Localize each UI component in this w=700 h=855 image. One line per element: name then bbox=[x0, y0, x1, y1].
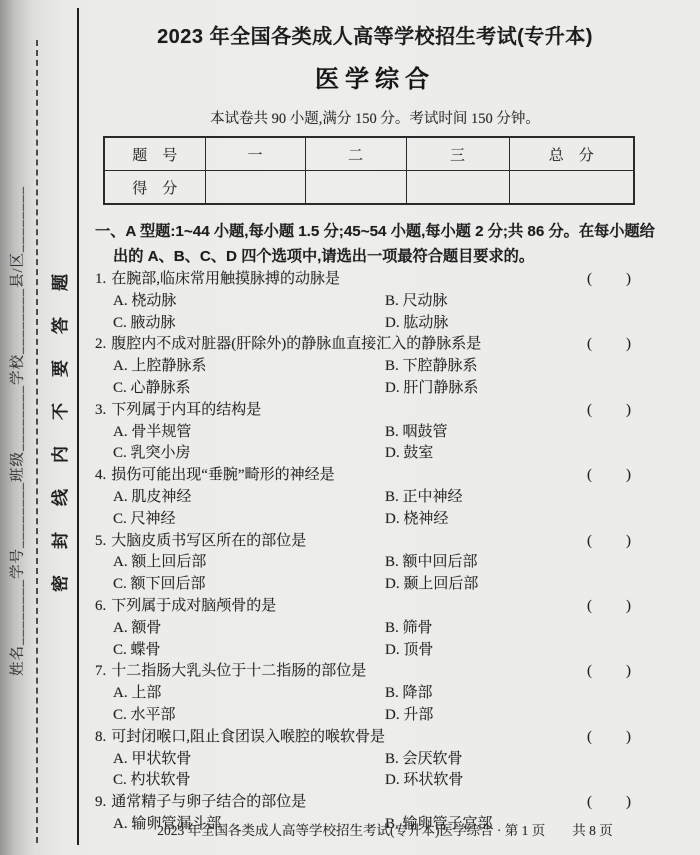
section-a-heading-line1: 一、A 型题:1~44 小题,每小题 1.5 分;45~54 小题,每小题 2 … bbox=[95, 219, 655, 244]
option: C. 杓状软骨 bbox=[113, 770, 385, 792]
option: B. 会厌软骨 bbox=[385, 749, 655, 771]
questions: 1.在腕部,临床常用触摸脉搏的动脉是()A. 桡动脉B. 尺动脉C. 腋动脉D.… bbox=[95, 269, 655, 836]
answer-bracket-open: ( bbox=[587, 792, 592, 814]
question-number: 5. bbox=[95, 533, 106, 549]
option-row: C. 水平部D. 升部 bbox=[95, 705, 655, 727]
answer-bracket-close: ) bbox=[626, 269, 631, 291]
option: B. 降部 bbox=[385, 683, 655, 705]
option-row: C. 心静脉系D. 肝门静脉系 bbox=[95, 378, 655, 400]
option-row: C. 腋动脉D. 肱动脉 bbox=[95, 313, 655, 335]
question-number: 8. bbox=[95, 729, 106, 745]
score-header-cell: 三 bbox=[406, 137, 509, 171]
question-text: 下列属于内耳的结构是 bbox=[111, 402, 261, 418]
option: D. 鼓室 bbox=[385, 443, 655, 465]
question-text: 可封闭喉口,阻止食团误入喉腔的喉软骨是 bbox=[111, 729, 385, 745]
option-row: C. 额下回后部D. 颞上回后部 bbox=[95, 574, 655, 596]
option: C. 水平部 bbox=[113, 705, 385, 727]
score-cell bbox=[406, 171, 509, 205]
option: A. 额上回后部 bbox=[113, 552, 385, 574]
seal-phrase-text: 密封线内不要答题 bbox=[51, 248, 70, 592]
question-number: 4. bbox=[95, 467, 106, 483]
option-row: C. 尺神经D. 桡神经 bbox=[95, 509, 655, 531]
option: D. 肱动脉 bbox=[385, 313, 655, 335]
subject-title: 医学综合 bbox=[95, 59, 655, 94]
question-line: 9.通常精子与卵子结合的部位是() bbox=[95, 792, 655, 814]
question-text: 在腕部,临床常用触摸脉搏的动脉是 bbox=[111, 271, 340, 287]
question-text: 十二指肠大乳头位于十二指肠的部位是 bbox=[111, 663, 366, 679]
answer-bracket-open: ( bbox=[587, 334, 592, 356]
answer-bracket-close: ) bbox=[626, 596, 631, 618]
page-footer: 2023 年全国各类成人高等学校招生考试(专升本)医学综合 · 第 1 页 共 … bbox=[70, 819, 700, 839]
section-a-heading-line2: 出的 A、B、C、D 四个选项中,请选出一项最符合题目要求的。 bbox=[95, 244, 655, 269]
option: A. 上部 bbox=[113, 683, 385, 705]
option: C. 蝶骨 bbox=[113, 640, 385, 662]
option: A. 桡动脉 bbox=[113, 291, 385, 313]
option-row: C. 乳突小房D. 鼓室 bbox=[95, 443, 655, 465]
option-row: A. 肌皮神经B. 正中神经 bbox=[95, 487, 655, 509]
seal-fields-text: 姓名________学号________班级________学校________… bbox=[10, 186, 26, 676]
exam-paper-page: 姓名________学号________班级________学校________… bbox=[0, 0, 700, 855]
score-cell bbox=[509, 171, 634, 205]
option: A. 额骨 bbox=[113, 618, 385, 640]
question: 5.大脑皮质书写区所在的部位是()A. 额上回后部B. 额中回后部C. 额下回后… bbox=[95, 531, 655, 596]
question-line: 4.损伤可能出现“垂腕”畸形的神经是() bbox=[95, 465, 655, 487]
option-row: A. 上腔静脉系B. 下腔静脉系 bbox=[95, 356, 655, 378]
question: 7.十二指肠大乳头位于十二指肠的部位是()A. 上部B. 降部C. 水平部D. … bbox=[95, 661, 655, 726]
question-line: 1.在腕部,临床常用触摸脉搏的动脉是() bbox=[95, 269, 655, 291]
question-line: 2.腹腔内不成对脏器(肝除外)的静脉血直接汇入的静脉系是() bbox=[95, 334, 655, 356]
option-row: C. 蝶骨D. 顶骨 bbox=[95, 640, 655, 662]
option: C. 乳突小房 bbox=[113, 443, 385, 465]
option: B. 正中神经 bbox=[385, 487, 655, 509]
option-row: A. 甲状软骨B. 会厌软骨 bbox=[95, 749, 655, 771]
answer-bracket-open: ( bbox=[587, 531, 592, 553]
score-table-header-row: 题 号 一 二 三 总 分 bbox=[104, 137, 634, 171]
option: B. 下腔静脉系 bbox=[385, 356, 655, 378]
answer-bracket-close: ) bbox=[626, 727, 631, 749]
option: A. 甲状软骨 bbox=[113, 749, 385, 771]
question: 8.可封闭喉口,阻止食团误入喉腔的喉软骨是()A. 甲状软骨B. 会厌软骨C. … bbox=[95, 727, 655, 792]
option: C. 尺神经 bbox=[113, 509, 385, 531]
seal-phrase: 密封线内不要答题 bbox=[46, 212, 70, 592]
score-header-cell: 一 bbox=[205, 137, 305, 171]
question-line: 8.可封闭喉口,阻止食团误入喉腔的喉软骨是() bbox=[95, 727, 655, 749]
option: D. 升部 bbox=[385, 705, 655, 727]
question-line: 3.下列属于内耳的结构是() bbox=[95, 400, 655, 422]
question: 4.损伤可能出现“垂腕”畸形的神经是()A. 肌皮神经B. 正中神经C. 尺神经… bbox=[95, 465, 655, 530]
question: 1.在腕部,临床常用触摸脉搏的动脉是()A. 桡动脉B. 尺动脉C. 腋动脉D.… bbox=[95, 269, 655, 334]
seal-dashed-line bbox=[36, 40, 38, 843]
answer-bracket-close: ) bbox=[626, 661, 631, 683]
question-text: 大脑皮质书写区所在的部位是 bbox=[111, 533, 306, 549]
question-line: 5.大脑皮质书写区所在的部位是() bbox=[95, 531, 655, 553]
question-number: 9. bbox=[95, 794, 106, 810]
option: D. 桡神经 bbox=[385, 509, 655, 531]
question-number: 2. bbox=[95, 336, 106, 352]
section-a-heading: 一、A 型题:1~44 小题,每小题 1.5 分;45~54 小题,每小题 2 … bbox=[95, 219, 655, 269]
answer-bracket-close: ) bbox=[626, 792, 631, 814]
question-number: 3. bbox=[95, 402, 106, 418]
question-text: 通常精子与卵子结合的部位是 bbox=[111, 794, 306, 810]
option-row: C. 杓状软骨D. 环状软骨 bbox=[95, 770, 655, 792]
score-table: 题 号 一 二 三 总 分 得 分 bbox=[103, 136, 635, 205]
answer-bracket-open: ( bbox=[587, 596, 592, 618]
question-text: 下列属于成对脑颅骨的是 bbox=[111, 598, 276, 614]
answer-bracket-open: ( bbox=[587, 727, 592, 749]
option: C. 额下回后部 bbox=[113, 574, 385, 596]
option: D. 颞上回后部 bbox=[385, 574, 655, 596]
exam-title: 2023 年全国各类成人高等学校招生考试(专升本) bbox=[95, 20, 655, 49]
option: B. 咽鼓管 bbox=[385, 422, 655, 444]
option-row: A. 额上回后部B. 额中回后部 bbox=[95, 552, 655, 574]
question-number: 1. bbox=[95, 271, 106, 287]
score-header-cell: 总 分 bbox=[509, 137, 634, 171]
answer-bracket-close: ) bbox=[626, 531, 631, 553]
seal-fields: 姓名________学号________班级________学校________… bbox=[6, 152, 26, 676]
option: D. 环状软骨 bbox=[385, 770, 655, 792]
answer-bracket-close: ) bbox=[626, 465, 631, 487]
score-row-label: 得 分 bbox=[104, 171, 205, 205]
question-line: 6.下列属于成对脑颅骨的是() bbox=[95, 596, 655, 618]
seal-border-line bbox=[77, 8, 79, 845]
answer-bracket-open: ( bbox=[587, 269, 592, 291]
option: D. 顶骨 bbox=[385, 640, 655, 662]
answer-bracket-open: ( bbox=[587, 400, 592, 422]
option: A. 肌皮神经 bbox=[113, 487, 385, 509]
score-cell bbox=[305, 171, 406, 205]
answer-bracket-close: ) bbox=[626, 400, 631, 422]
option: B. 筛骨 bbox=[385, 618, 655, 640]
option: B. 尺动脉 bbox=[385, 291, 655, 313]
option: C. 腋动脉 bbox=[113, 313, 385, 335]
answer-bracket-open: ( bbox=[587, 465, 592, 487]
option-row: A. 上部B. 降部 bbox=[95, 683, 655, 705]
exam-info-line: 本试卷共 90 小题,满分 150 分。考试时间 150 分钟。 bbox=[95, 107, 655, 128]
question: 6.下列属于成对脑颅骨的是()A. 额骨B. 筛骨C. 蝶骨D. 顶骨 bbox=[95, 596, 655, 661]
question-text: 损伤可能出现“垂腕”畸形的神经是 bbox=[111, 467, 334, 483]
option: A. 上腔静脉系 bbox=[113, 356, 385, 378]
main-content: 2023 年全国各类成人高等学校招生考试(专升本) 医学综合 本试卷共 90 小… bbox=[95, 0, 655, 836]
question-number: 6. bbox=[95, 598, 106, 614]
score-table-score-row: 得 分 bbox=[104, 171, 634, 205]
question-number: 7. bbox=[95, 663, 106, 679]
score-header-cell: 二 bbox=[305, 137, 406, 171]
option-row: A. 额骨B. 筛骨 bbox=[95, 618, 655, 640]
score-cell bbox=[205, 171, 305, 205]
option: B. 额中回后部 bbox=[385, 552, 655, 574]
question: 2.腹腔内不成对脏器(肝除外)的静脉血直接汇入的静脉系是()A. 上腔静脉系B.… bbox=[95, 334, 655, 399]
option: C. 心静脉系 bbox=[113, 378, 385, 400]
question: 3.下列属于内耳的结构是()A. 骨半规管B. 咽鼓管C. 乳突小房D. 鼓室 bbox=[95, 400, 655, 465]
answer-bracket-open: ( bbox=[587, 661, 592, 683]
option: A. 骨半规管 bbox=[113, 422, 385, 444]
option: D. 肝门静脉系 bbox=[385, 378, 655, 400]
question-line: 7.十二指肠大乳头位于十二指肠的部位是() bbox=[95, 661, 655, 683]
answer-bracket-close: ) bbox=[626, 334, 631, 356]
option-row: A. 骨半规管B. 咽鼓管 bbox=[95, 422, 655, 444]
question-text: 腹腔内不成对脏器(肝除外)的静脉血直接汇入的静脉系是 bbox=[111, 336, 481, 352]
option-row: A. 桡动脉B. 尺动脉 bbox=[95, 291, 655, 313]
score-header-cell: 题 号 bbox=[104, 137, 205, 171]
